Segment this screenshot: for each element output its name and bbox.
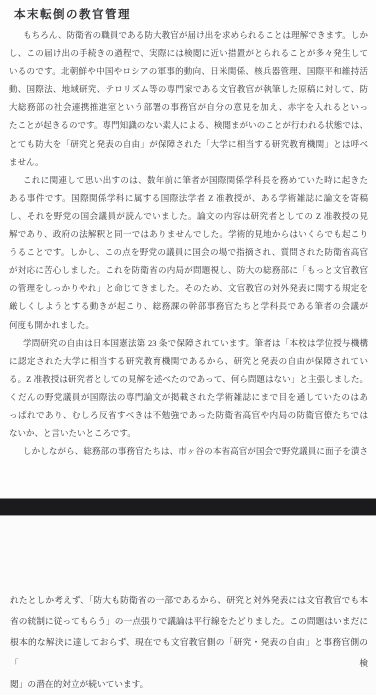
text-line: これに関連して思い出すのは、数年前に筆者が国際関係学科長を務めていた時に起きた [9, 171, 368, 189]
page2-text-block: れたとしか考えず、「防大も防衛省の一部であるから、研究と対外発表には文官教官でも… [10, 590, 368, 695]
page1-text-block: もちろん、防衛省の職員である防大教官が届け出を求められることは理解できます。しか… [9, 26, 368, 460]
page-gap-separator [0, 499, 376, 515]
page-1: 本末転倒の教官管理 もちろん、防衛省の職員である防大教官が届け出を求められること… [0, 0, 376, 499]
text-line: ないか、と言いたいところです。 [9, 424, 368, 442]
text-line: ある事件です。国際関係学科に属する国際法学者 Z 准教授が、ある学術雑誌に論文を… [9, 189, 368, 207]
page-2: れたとしか考えず、「防大も防衛省の一部であるから、研究と対外発表には文官教官でも… [0, 515, 376, 695]
text-line: うることです。しかし、この点を野党の議員に国会の場で指摘され、質問された防衛省高… [9, 243, 368, 261]
text-line: たことが起きるのです。専門知識のない素人による、検閲まがいのことが行われる状態で… [9, 116, 368, 134]
text-line: っぱれであり、むしろ反省すべきは不勉強であった防衛省高官や内局の防衛官僚たちでは [9, 406, 368, 424]
text-line: し、この届け出の手続きの過程で、実際には検閲に近い措置がとられることが多々発生し… [9, 44, 368, 62]
text-line: に認定された大学に相当する研究教育機関であるから、研究と発表の自由が保障されてい [9, 352, 368, 370]
text-line: ません。 [9, 153, 368, 171]
text-line: もちろん、防衛省の職員である防大教官が届け出を求められることは理解できます。しか [9, 26, 368, 44]
document-viewer: 本末転倒の教官管理 もちろん、防衛省の職員である防大教官が届け出を求められること… [0, 0, 376, 695]
text-line: の管理をしっかりやれ」と命じてきました。そのため、文官教官の対外発表に関する規定… [9, 279, 368, 297]
text-line: れたとしか考えず、「防大も防衛省の一部であるから、研究と対外発表には文官教官でも… [10, 590, 368, 611]
text-line: とても防大を「研究と発表の自由」が保障された「大学に相当する研究教育機関」とは呼… [9, 135, 368, 153]
text-line: 厳しくしようとする動きが起こり、総務課の幹部事務官たちと学科長である筆者の会議が [9, 297, 368, 315]
text-line: が対応に苦心しました。これを防衛省の内局が問題視し、防大の総務部に「もっと文官教… [9, 261, 368, 279]
text-line: し、それを野党の国会議員が読んでいました。論文の内容は研究者としての Z 准教授… [9, 207, 368, 225]
text-line: くだんの野党議員が国際法の専門論文が掲載された学術雑誌にまで目を通していたのはあ [9, 388, 368, 406]
text-line: る。Z 准教授は研究者としての見解を述べたのであって、何ら問題はない」と主張しま… [9, 370, 368, 388]
text-line: 解であり、政府の法解釈と同一ではありませんでした。学術的見地からはいくらでも起こ… [9, 225, 368, 243]
text-line: いるのです。北朝鮮や中国やロシアの軍事的動向、日米関係、核兵器管理、国際平和維持… [9, 62, 368, 80]
text-line: 閲」の潜在的対立が続いています。 [10, 674, 368, 695]
text-line: 動、国際法、地域研究、テロリズム等の専門家である文官教官が執筆した原稿に対して、… [9, 80, 368, 98]
text-line: 大総務部の社会連携推進室という部署の事務官が自分の意見を加え、赤字を入れるといっ [9, 98, 368, 116]
text-line: 学問研究の自由は日本国憲法第 23 条で保障されています。筆者は「本校は学位授与… [9, 334, 368, 352]
text-line: 何度も開かれました。 [9, 316, 368, 334]
text-line: 省の統制に従ってもらう」の一点張りで議論は平行線をたどりました。この問題はいまだ… [10, 611, 368, 632]
text-line: しかしながら、総務部の事務官たちは、市ヶ谷の本省高官が国会で野党議員に面子を潰さ [9, 442, 368, 460]
section-title: 本末転倒の教官管理 [14, 8, 368, 22]
text-line: 根本的な解決に達しておらず、現在でも文官教官側の「研究・発表の自由」と事務官側の… [10, 632, 368, 674]
